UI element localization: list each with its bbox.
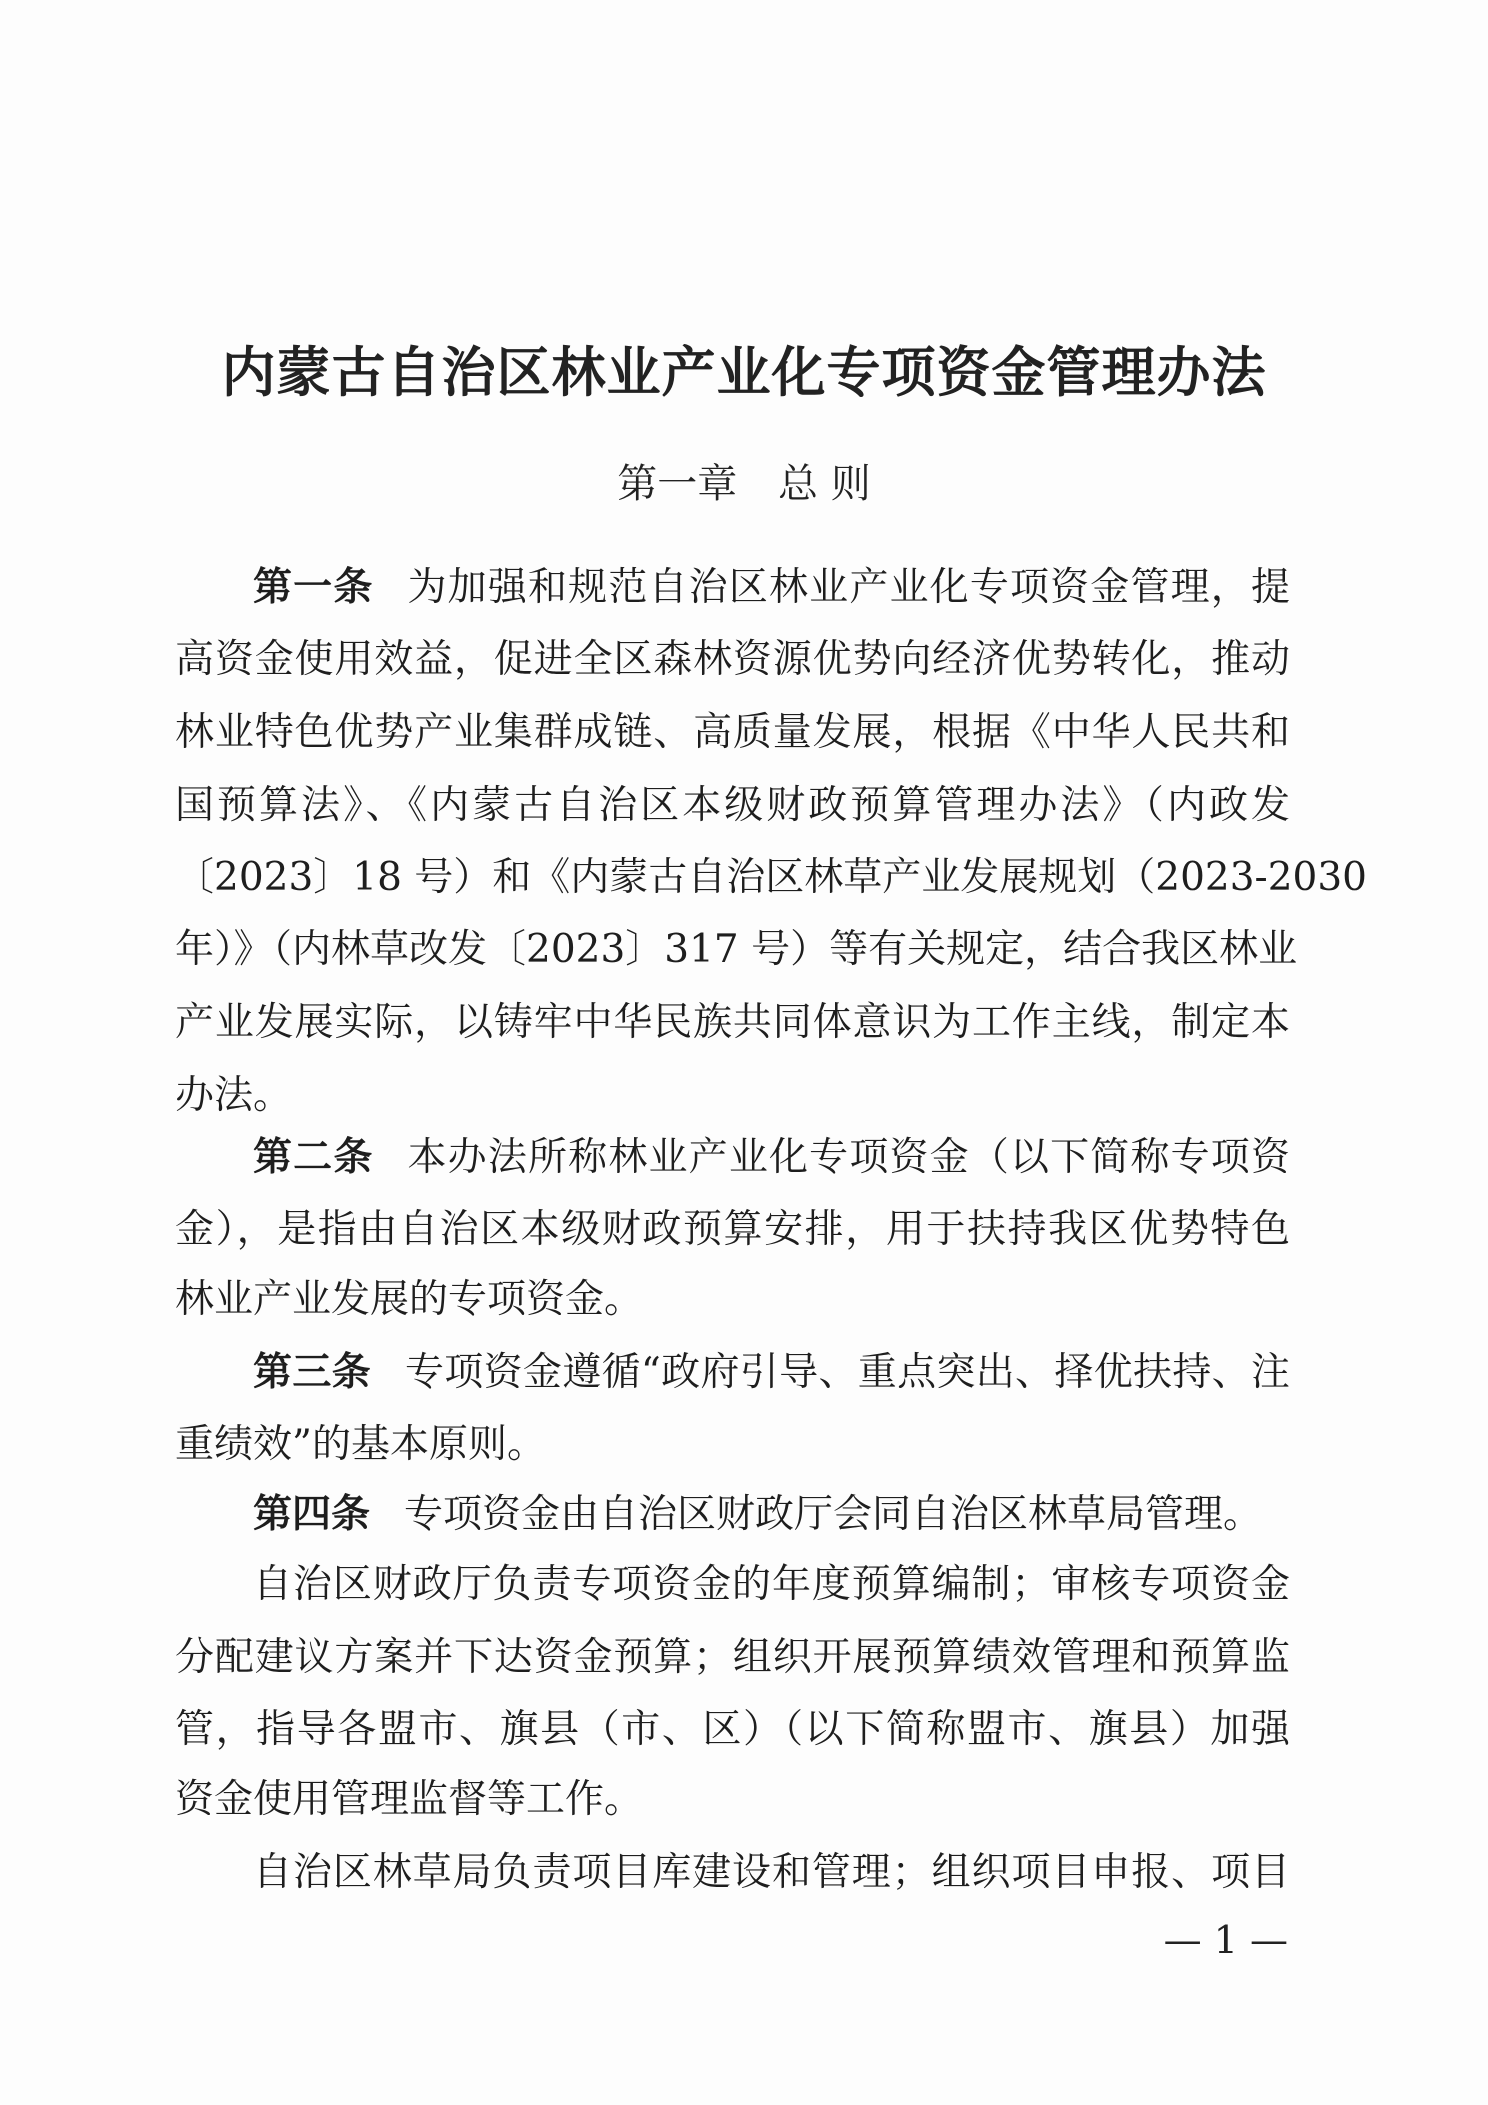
chapter-number: 第一章 [617,461,737,507]
article-1-line: 高资金使用效益，促进全区森林资源优势向经济优势转化，推动 [175,636,1290,684]
article-label: 第一条 [253,565,374,610]
document-page: 内蒙古自治区林业产业化专项资金管理办法 第一章 总 则 第一条为加强和规范自治区… [0,0,1488,2105]
article-4-paragraph-line: 资金使用管理监督等工作。 [175,1776,1290,1824]
article-4-paragraph-line: 管，指导各盟市、旗县（市、区）（以下简称盟市、旗县）加强 [175,1706,1290,1754]
article-4-paragraph-line: 分配建议方案并下达资金预算；组织开展预算绩效管理和预算监 [175,1634,1290,1682]
article-1-line: 年）》（内林草改发〔2023〕317 号）等有关规定，结合我区林业 [175,926,1290,974]
article-label: 第二条 [253,1135,374,1180]
article-4-paragraph-line: 自治区财政厅负责专项资金的年度预算编制；审核专项资金 [253,1561,1290,1609]
article-1-line: 国预算法》、《内蒙古自治区本级财政预算管理办法》（内政发 [175,782,1290,830]
article-2-line: 金），是指由自治区本级财政预算安排，用于扶持我区优势特色 [175,1206,1290,1254]
article-1-line: 〔2023〕18 号）和《内蒙古自治区林草产业发展规划（2023-2030 [175,854,1290,902]
article-1-line: 林业特色优势产业集群成链、高质量发展，根据《中华人民共和 [175,709,1290,757]
document-title: 内蒙古自治区林业产业化专项资金管理办法 [0,330,1488,407]
page-number: — 1 — [1164,1918,1288,1962]
article-1-line: 产业发展实际，以铸牢中华民族共同体意识为工作主线，制定本 [175,999,1290,1047]
article-3-line: 第三条专项资金遵循“政府引导、重点突出、择优扶持、注 [253,1349,1290,1397]
article-4-line: 第四条专项资金由自治区财政厅会同自治区林草局管理。 [253,1491,1290,1539]
article-2-line: 林业产业发展的专项资金。 [175,1276,1290,1324]
article-label: 第四条 [253,1492,370,1537]
article-1-line: 第一条为加强和规范自治区林业产业化专项资金管理，提 [253,564,1290,612]
chapter-heading: 第一章 总 则 [0,452,1488,509]
article-1-line: 办法。 [175,1072,1290,1120]
chapter-name: 总 则 [778,461,871,507]
article-label: 第三条 [253,1350,371,1395]
article-3-line: 重绩效”的基本原则。 [175,1421,1290,1469]
article-2-line: 第二条本办法所称林业产业化专项资金（以下简称专项资 [253,1134,1290,1182]
article-4-paragraph-line: 自治区林草局负责项目库建设和管理；组织项目申报、项目 [253,1849,1290,1897]
